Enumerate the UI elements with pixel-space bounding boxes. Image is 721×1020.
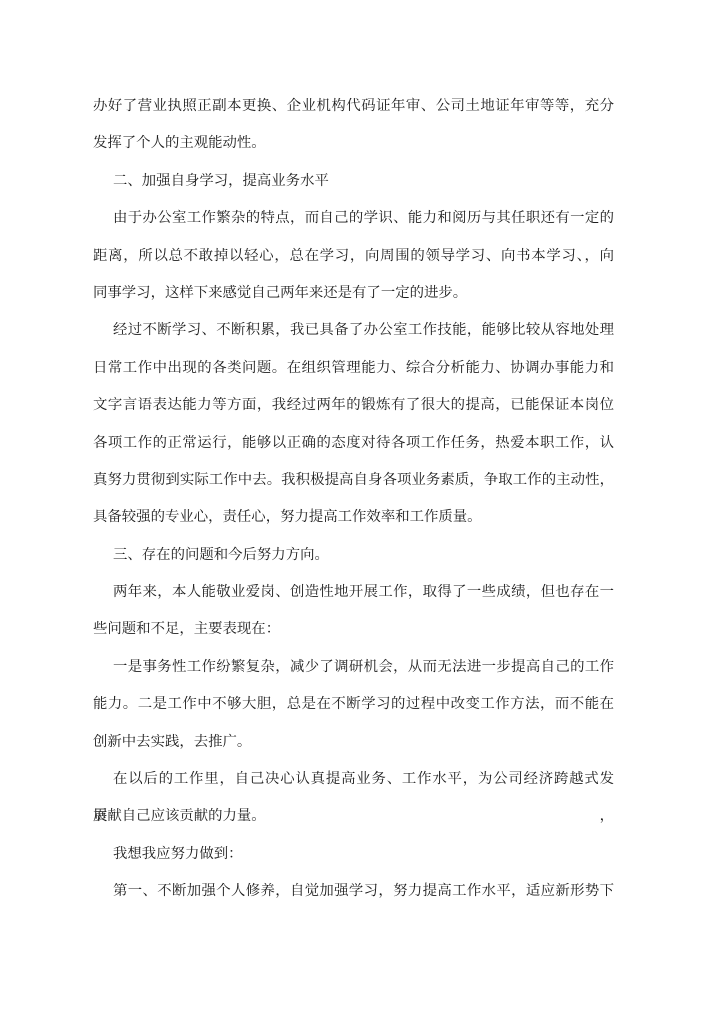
- text-line: 能力。二是工作中不够大胆，总是在不断学习的过程中改变工作方法，而不能在: [93, 686, 614, 723]
- document-text: 办好了营业执照正副本更换、企业机构代码证年审、公司土地证年审等等，充分发挥了个人…: [93, 88, 614, 911]
- text-line: 办好了营业执照正副本更换、企业机构代码证年审、公司土地证年审等等，充分: [93, 88, 614, 125]
- text-line: 二、加强自身学习，提高业务水平: [93, 163, 614, 200]
- text-line: 在以后的工作里，自己决心认真提高业务、工作水平，为公司经济跨越式发展，: [93, 761, 614, 798]
- text-line: 些问题和不足，主要表现在：: [93, 611, 614, 648]
- text-line: 经过不断学习、不断积累，我已具备了办公室工作技能，能够比较从容地处理: [93, 312, 614, 349]
- text-line: 第一、不断加强个人修养，自觉加强学习，努力提高工作水平，适应新形势下: [93, 873, 614, 910]
- text-line: 具备较强的专业心，责任心，努力提高工作效率和工作质量。: [93, 499, 614, 536]
- text-line: 各项工作的正常运行，能够以正确的态度对待各项工作任务，热爱本职工作，认: [93, 425, 614, 462]
- text-line: 日常工作中出现的各类问题。在组织管理能力、综合分析能力、协调办事能力和: [93, 350, 614, 387]
- text-line: 同事学习，这样下来感觉自己两年来还是有了一定的进步。: [93, 275, 614, 312]
- text-line: 两年来，本人能敬业爱岗、创造性地开展工作，取得了一些成绩，但也存在一: [93, 574, 614, 611]
- document-page: 办好了营业执照正副本更换、企业机构代码证年审、公司土地证年审等等，充分发挥了个人…: [0, 0, 721, 1020]
- text-line: 距离，所以总不敢掉以轻心，总在学习，向周围的领导学习、向书本学习、，向: [93, 238, 614, 275]
- text-line: 一是事务性工作纷繁复杂，减少了调研机会，从而无法进一步提高自己的工作: [93, 649, 614, 686]
- text-line: 创新中去实践，去推广。: [93, 724, 614, 761]
- text-line: 真努力贯彻到实际工作中去。我积极提高自身各项业务素质，争取工作的主动性，: [93, 462, 614, 499]
- text-line: 我想我应努力做到：: [93, 836, 614, 873]
- text-line: 由于办公室工作繁杂的特点，而自己的学识、能力和阅历与其任职还有一定的: [93, 200, 614, 237]
- text-line: 文字言语表达能力等方面，我经过两年的锻炼有了很大的提高，已能保证本岗位: [93, 387, 614, 424]
- text-line: 三、存在的问题和今后努力方向。: [93, 537, 614, 574]
- text-line: 发挥了个人的主观能动性。: [93, 125, 614, 162]
